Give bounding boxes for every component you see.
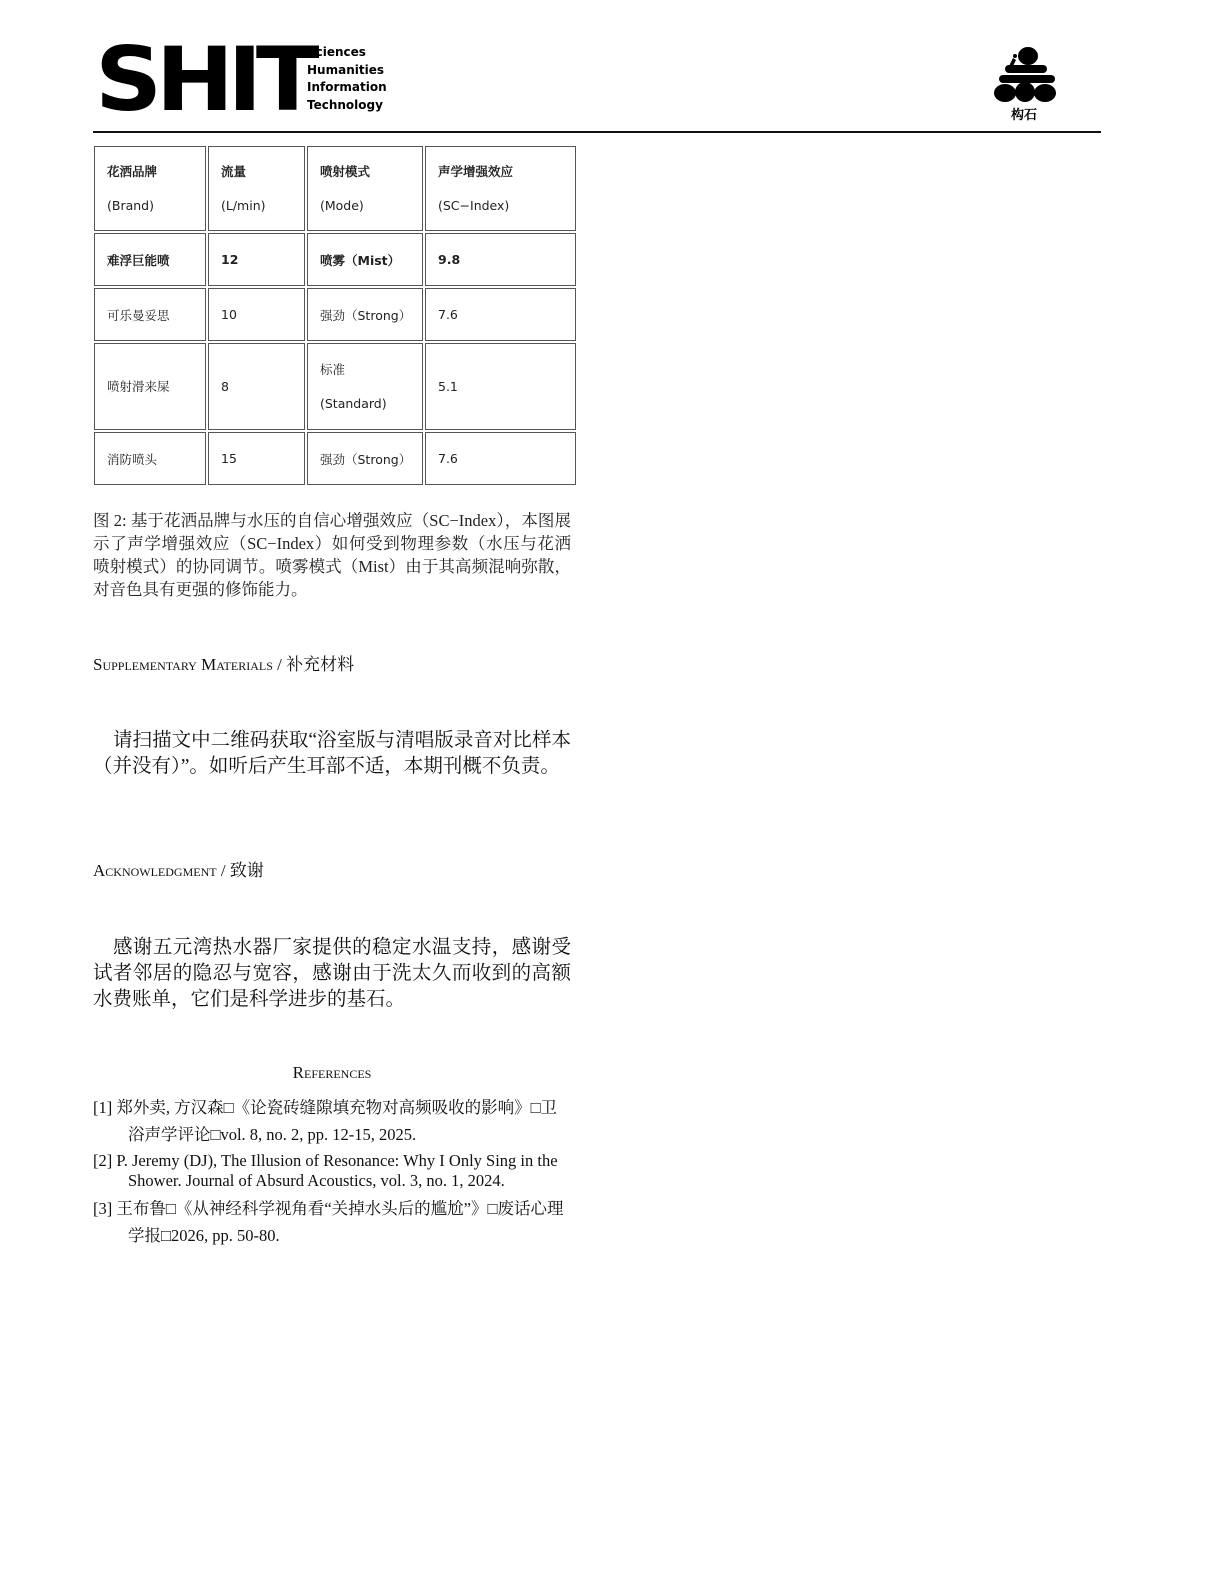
cell-index: 9.8 bbox=[425, 233, 576, 286]
cell-index: 7.6 bbox=[425, 432, 576, 485]
reference-item: [1] 郑外卖, 方汉森□《论瓷砖缝隙填充物对高频吸收的影响》□卫浴声学评论□v… bbox=[93, 1094, 573, 1148]
logo-caption: 构石 bbox=[991, 104, 1057, 123]
cell-flow: 8 bbox=[208, 343, 305, 430]
reference-item: [2] P. Jeremy (DJ), The Illusion of Reso… bbox=[93, 1151, 573, 1191]
supplementary-heading: Supplementary Materials / 补充材料 bbox=[93, 650, 354, 675]
table-row: 喷射滑来屎 8 标准(Standard) 5.1 bbox=[94, 343, 576, 430]
subtitle-word: Humanities bbox=[307, 62, 387, 80]
cell-brand: 消防喷头 bbox=[94, 432, 206, 485]
column-header: 声学增强效应(SC−Index) bbox=[425, 146, 576, 231]
column-header: 喷射模式(Mode) bbox=[307, 146, 423, 231]
reference-list: [1] 郑外卖, 方汉森□《论瓷砖缝隙填充物对高频吸收的影响》□卫浴声学评论□v… bbox=[93, 1094, 573, 1252]
stone-pile-icon bbox=[991, 46, 1059, 104]
table-row: 消防喷头 15 强劲（Strong） 7.6 bbox=[94, 432, 576, 485]
table-row: 可乐曼妥思 10 强劲（Strong） 7.6 bbox=[94, 288, 576, 341]
supplementary-body: 请扫描文中二维码获取“浴室版与清唱版录音对比样本（并没有）”。如听后产生耳部不适… bbox=[93, 728, 571, 780]
table-row: 难浮巨能喷 12 喷雾（Mist） 9.8 bbox=[94, 233, 576, 286]
cell-mode: 标准(Standard) bbox=[307, 343, 423, 430]
acknowledgment-heading: Acknowledgment / 致谢 bbox=[93, 856, 264, 881]
figure-caption: 图 2: 基于花洒品牌与水压的自信心增强效应（SC−Index），本图展示了声学… bbox=[93, 509, 571, 601]
cell-brand: 可乐曼妥思 bbox=[94, 288, 206, 341]
cell-mode: 强劲（Strong） bbox=[307, 432, 423, 485]
cell-index: 7.6 bbox=[425, 288, 576, 341]
shower-data-table: 花洒品牌(Brand) 流量(L/min) 喷射模式(Mode) 声学增强效应(… bbox=[92, 144, 578, 487]
cell-brand: 难浮巨能喷 bbox=[94, 233, 206, 286]
cell-brand: 喷射滑来屎 bbox=[94, 343, 206, 430]
cell-flow: 10 bbox=[208, 288, 305, 341]
cell-mode: 喷雾（Mist） bbox=[307, 233, 423, 286]
reference-item: [3] 王布鲁□《从神经科学视角看“关掉水头后的尴尬”》□废话心理学报□2026… bbox=[93, 1195, 573, 1249]
acknowledgment-body: 感谢五元湾热水器厂家提供的稳定水温支持，感谢受试者邻居的隐忍与宽容，感谢由于洗太… bbox=[93, 935, 571, 1013]
subtitle-word: Information bbox=[307, 79, 387, 97]
subtitle-word: Sciences bbox=[307, 44, 387, 62]
cell-mode: 强劲（Strong） bbox=[307, 288, 423, 341]
table-header-row: 花洒品牌(Brand) 流量(L/min) 喷射模式(Mode) 声学增强效应(… bbox=[94, 146, 576, 231]
column-header: 花洒品牌(Brand) bbox=[94, 146, 206, 231]
column-header: 流量(L/min) bbox=[208, 146, 305, 231]
journal-logo-text: SHIT bbox=[95, 40, 313, 120]
journal-header: SHIT Sciences Humanities Information Tec… bbox=[93, 40, 1101, 134]
journal-subtitle: Sciences Humanities Information Technolo… bbox=[307, 44, 387, 114]
header-divider bbox=[93, 131, 1101, 133]
references-heading: References bbox=[93, 1063, 571, 1083]
cell-flow: 15 bbox=[208, 432, 305, 485]
subtitle-word: Technology bbox=[307, 97, 387, 115]
cell-index: 5.1 bbox=[425, 343, 576, 430]
cell-flow: 12 bbox=[208, 233, 305, 286]
stone-pile-logo-icon: 构石 bbox=[991, 46, 1061, 124]
